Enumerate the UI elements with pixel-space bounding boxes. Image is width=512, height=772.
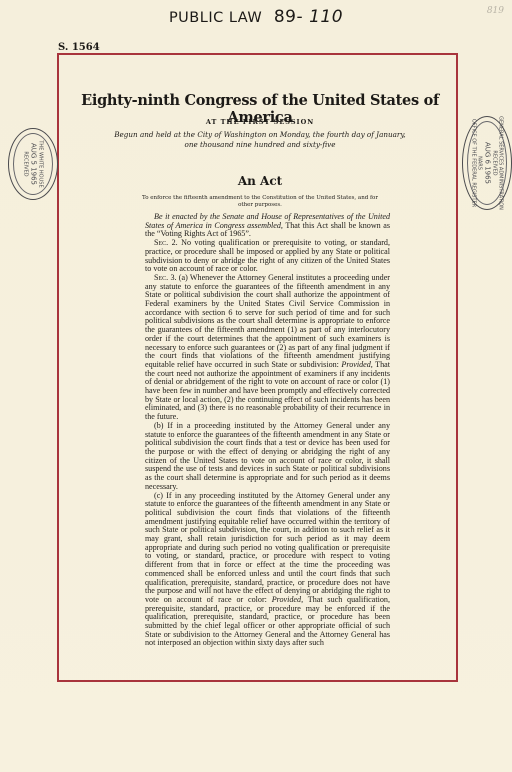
section-2: Sec. 2. No voting qualification or prere… <box>145 239 390 274</box>
stamp-right-bottom: OFFICE OF THE FEDERAL REGISTER <box>471 116 477 210</box>
public-law-number: PUBLIC LAW 89-110 <box>0 7 512 27</box>
convening-line-2: one thousand nine hundred and sixty-five <box>60 140 460 150</box>
white-house-received-stamp: THE WHITE HOUSE AUG 5 1965 RECEIVED <box>8 128 58 200</box>
pencil-annotation: 819 <box>487 6 504 16</box>
act-heading: An Act <box>60 174 460 188</box>
public-law-handwritten-number: 110 <box>309 7 343 27</box>
act-body: Be it enacted by the Senate and House of… <box>145 213 390 648</box>
stamp-right-top: GENERAL SERVICES ADMINISTRATION <box>498 116 504 210</box>
section-3c: (c) If in any proceeding instituted by t… <box>145 492 390 649</box>
public-law-prefix: 89- <box>274 7 303 27</box>
convening-statement: Begun and held at the City of Washington… <box>60 130 460 150</box>
section-3a: Sec. 3. (a) Whenever the Attorney Genera… <box>145 274 390 422</box>
section-2-label: Sec. 2. <box>154 238 178 247</box>
section-3b: (b) If in a proceeding instituted by the… <box>145 422 390 492</box>
stamp-left-top: THE WHITE HOUSE <box>38 140 44 187</box>
stamp-left-date: AUG 5 1965 <box>29 140 38 187</box>
stamp-right-agency: NARS <box>477 116 483 210</box>
stamp-right-date: AUG 6 1965 <box>483 116 492 210</box>
enacting-clause: Be it enacted by the Senate and House of… <box>145 213 390 239</box>
public-law-label: PUBLIC LAW <box>169 10 262 26</box>
convening-line-1: Begun and held at the City of Washington… <box>60 130 460 140</box>
federal-register-received-stamp: GENERAL SERVICES ADMINISTRATION RECEIVED… <box>462 116 512 210</box>
act-purpose: To enforce the fifteenth amendment to th… <box>140 195 380 209</box>
document-page: PUBLIC LAW 89-110 819 S. 1564 Eighty-nin… <box>0 0 512 772</box>
session-heading: AT THE FIRST SESSION <box>60 118 460 126</box>
section-3-label: Sec. 3. <box>154 273 177 282</box>
bill-number: S. 1564 <box>58 42 100 53</box>
